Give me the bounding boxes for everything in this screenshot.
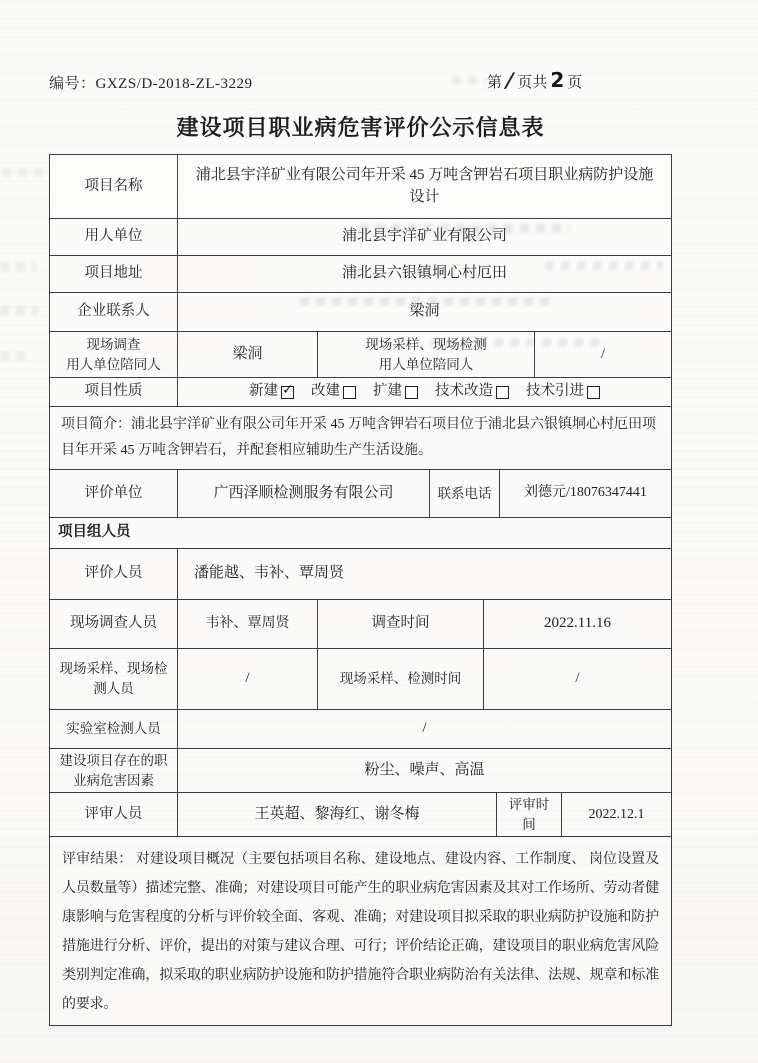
row-escorts: 现场调查 用人单位陪同人 梁洞 现场采样、现场检测 用人单位陪同人 / — [50, 332, 671, 378]
scan-bleedthrough-artifact — [0, 306, 38, 315]
row-company-contact: 企业联系人 梁洞 — [50, 293, 671, 332]
scanned-document-page: 编号：GXZS/D-2018-ZL-3229 第 / 页共 2 页 建设项目职业… — [0, 0, 758, 1063]
survey-staff-value: 韦补、覃周贤 — [177, 600, 317, 648]
employer-value: 浦北县宇洋矿业有限公司 — [177, 219, 671, 255]
project-name-label: 项目名称 — [50, 155, 177, 218]
evaluation-org-value: 广西泽顺检测服务有限公司 — [177, 470, 429, 517]
checkbox-empty-icon — [496, 386, 509, 399]
survey-staff-label: 现场调查人员 — [50, 600, 177, 648]
row-project-brief: 项目简介：浦北县宇洋矿业有限公司年开采 45 万吨含钾岩石项目位于浦北县六银镇垌… — [50, 407, 671, 470]
sampling-escort-label: 现场采样、现场检测 用人单位陪同人 — [317, 332, 534, 377]
team-section-title: 项目组人员 — [50, 518, 671, 548]
document-number: 编号：GXZS/D-2018-ZL-3229 — [49, 72, 253, 93]
option-new-construction: 新建✓ — [249, 381, 294, 402]
scan-bleedthrough-artifact — [452, 76, 486, 85]
review-time-label: 评审时间 — [496, 793, 561, 836]
option-reconstruction: 改建 — [311, 381, 356, 402]
option-technical-renovation-label: 技术改造 — [435, 381, 493, 402]
page-indicator-prefix: 第 — [487, 71, 502, 92]
review-staff-value: 王英超、黎海红、谢冬梅 — [177, 793, 496, 836]
hazard-factors-label: 建设项目存在的职业病危害因素 — [50, 749, 177, 792]
checkbox-empty-icon — [405, 386, 418, 399]
option-expansion: 扩建 — [373, 381, 418, 402]
project-address-value: 浦北县六银镇垌心村厄田 — [177, 256, 671, 292]
scan-bleedthrough-artifact — [0, 352, 30, 361]
review-staff-label: 评审人员 — [50, 793, 177, 836]
row-project-name: 项目名称 浦北县宇洋矿业有限公司年开采 45 万吨含钾岩石项目职业病防护设施 设… — [50, 155, 671, 219]
option-technical-renovation: 技术改造 — [435, 381, 509, 402]
checkbox-checked-icon: ✓ — [281, 386, 294, 399]
page-indicator-infix: 页共 — [517, 71, 547, 92]
survey-escort-value: 梁洞 — [177, 332, 317, 377]
sampling-time-value: / — [483, 649, 671, 709]
form-table: 项目名称 浦北县宇洋矿业有限公司年开采 45 万吨含钾岩石项目职业病防护设施 设… — [49, 154, 672, 1026]
checkbox-empty-icon — [343, 386, 356, 399]
document-number-label: 编号： — [49, 76, 96, 92]
survey-escort-label: 现场调查 用人单位陪同人 — [50, 332, 177, 377]
company-contact-label: 企业联系人 — [50, 293, 177, 331]
checkbox-empty-icon — [587, 386, 600, 399]
row-survey-staff: 现场调查人员 韦补、覃周贤 调查时间 2022.11.16 — [50, 600, 671, 649]
row-evaluators: 评价人员 潘能越、韦补、覃周贤 — [50, 549, 671, 600]
row-team-section: 项目组人员 — [50, 518, 671, 549]
sampling-escort-value: / — [534, 332, 671, 377]
page-indicator: 第 / 页共 2 页 — [487, 68, 582, 92]
evaluators-value: 潘能越、韦补、覃周贤 — [177, 549, 671, 599]
survey-time-value: 2022.11.16 — [483, 600, 671, 648]
sampling-time-label: 现场采样、检测时间 — [317, 649, 483, 709]
sampling-staff-value: / — [177, 649, 317, 709]
page-indicator-suffix: 页 — [567, 71, 582, 92]
row-employer: 用人单位 浦北县宇洋矿业有限公司 — [50, 219, 671, 256]
scan-bleedthrough-artifact — [2, 168, 44, 177]
project-address-label: 项目地址 — [50, 256, 177, 292]
row-project-address: 项目地址 浦北县六银镇垌心村厄田 — [50, 256, 671, 293]
option-technology-import: 技术引进 — [526, 381, 600, 402]
row-hazard-factors: 建设项目存在的职业病危害因素 粉尘、噪声、高温 — [50, 749, 671, 793]
contact-phone-value: 刘德元/18076347441 — [499, 470, 671, 517]
contact-phone-label: 联系电话 — [429, 470, 499, 517]
row-sampling-staff: 现场采样、现场检测人员 / 现场采样、检测时间 / — [50, 649, 671, 710]
row-evaluation-org: 评价单位 广西泽顺检测服务有限公司 联系电话 刘德元/18076347441 — [50, 470, 671, 518]
evaluation-org-label: 评价单位 — [50, 470, 177, 517]
company-contact-value: 梁洞 — [177, 293, 671, 331]
row-review-result: 评审结果： 对建设项目概况（主要包括项目名称、建设地点、建设内容、工作制度、 岗… — [50, 837, 671, 1025]
option-new-construction-label: 新建 — [249, 381, 278, 402]
project-nature-label: 项目性质 — [50, 378, 177, 406]
review-time-value: 2022.12.1 — [561, 793, 671, 836]
handwritten-page-number: / — [503, 68, 516, 92]
lab-staff-label: 实验室检测人员 — [50, 710, 177, 748]
row-review-staff: 评审人员 王英超、黎海红、谢冬梅 评审时间 2022.12.1 — [50, 793, 671, 837]
review-result-text: 评审结果： 对建设项目概况（主要包括项目名称、建设地点、建设内容、工作制度、 岗… — [50, 837, 671, 1025]
document-number-value: GXZS/D-2018-ZL-3229 — [96, 76, 253, 92]
handwritten-total-pages: 2 — [550, 68, 564, 92]
option-technology-import-label: 技术引进 — [526, 381, 584, 402]
hazard-factors-value: 粉尘、噪声、高温 — [177, 749, 671, 792]
row-lab-staff: 实验室检测人员 / — [50, 710, 671, 749]
row-project-nature: 项目性质 新建✓ 改建 扩建 技术改造 技术引进 — [50, 378, 671, 407]
employer-label: 用人单位 — [50, 219, 177, 255]
page-title: 建设项目职业病危害评价公示信息表 — [49, 111, 672, 142]
option-expansion-label: 扩建 — [373, 381, 402, 402]
survey-time-label: 调查时间 — [317, 600, 483, 648]
scan-bleedthrough-artifact — [0, 262, 36, 271]
project-brief-text: 项目简介：浦北县宇洋矿业有限公司年开采 45 万吨含钾岩石项目位于浦北县六银镇垌… — [50, 407, 671, 469]
sampling-staff-label: 现场采样、现场检测人员 — [50, 649, 177, 709]
option-reconstruction-label: 改建 — [311, 381, 340, 402]
lab-staff-value: / — [177, 710, 671, 748]
project-name-value: 浦北县宇洋矿业有限公司年开采 45 万吨含钾岩石项目职业病防护设施 设计 — [177, 155, 671, 218]
project-nature-options: 新建✓ 改建 扩建 技术改造 技术引进 — [249, 381, 600, 402]
evaluators-label: 评价人员 — [50, 549, 177, 599]
